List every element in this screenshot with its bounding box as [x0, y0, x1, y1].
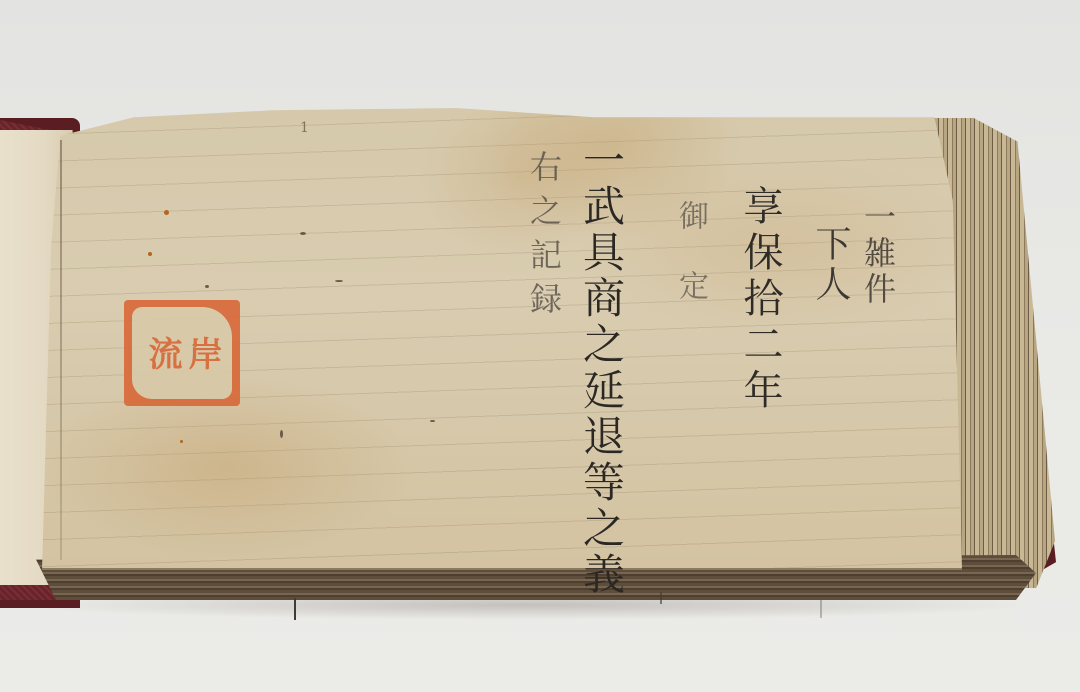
seal-inner: 岸 流: [132, 307, 232, 399]
page-mark: 1: [300, 120, 309, 136]
seal-character: 岸: [185, 336, 219, 370]
text-column: 一雑件: [862, 200, 894, 308]
text-column: 右之記録: [528, 150, 560, 326]
photo-scene: 1 岸 流 一雑件 下人 享保拾二年 御定 一武具商之延退等之義 右之記録: [0, 0, 1080, 692]
red-seal-stamp: 岸 流: [124, 300, 240, 406]
text-column: 享保拾二年: [740, 185, 780, 415]
gutter-line: [60, 140, 62, 560]
loose-thread: [820, 600, 822, 618]
loose-thread: [294, 598, 296, 620]
text-column: 下人: [812, 225, 848, 305]
text-column: 一武具商之延退等之義: [580, 138, 622, 598]
loose-thread: [660, 592, 662, 604]
seal-character: 流: [145, 336, 179, 370]
text-column: 御定: [675, 200, 705, 340]
